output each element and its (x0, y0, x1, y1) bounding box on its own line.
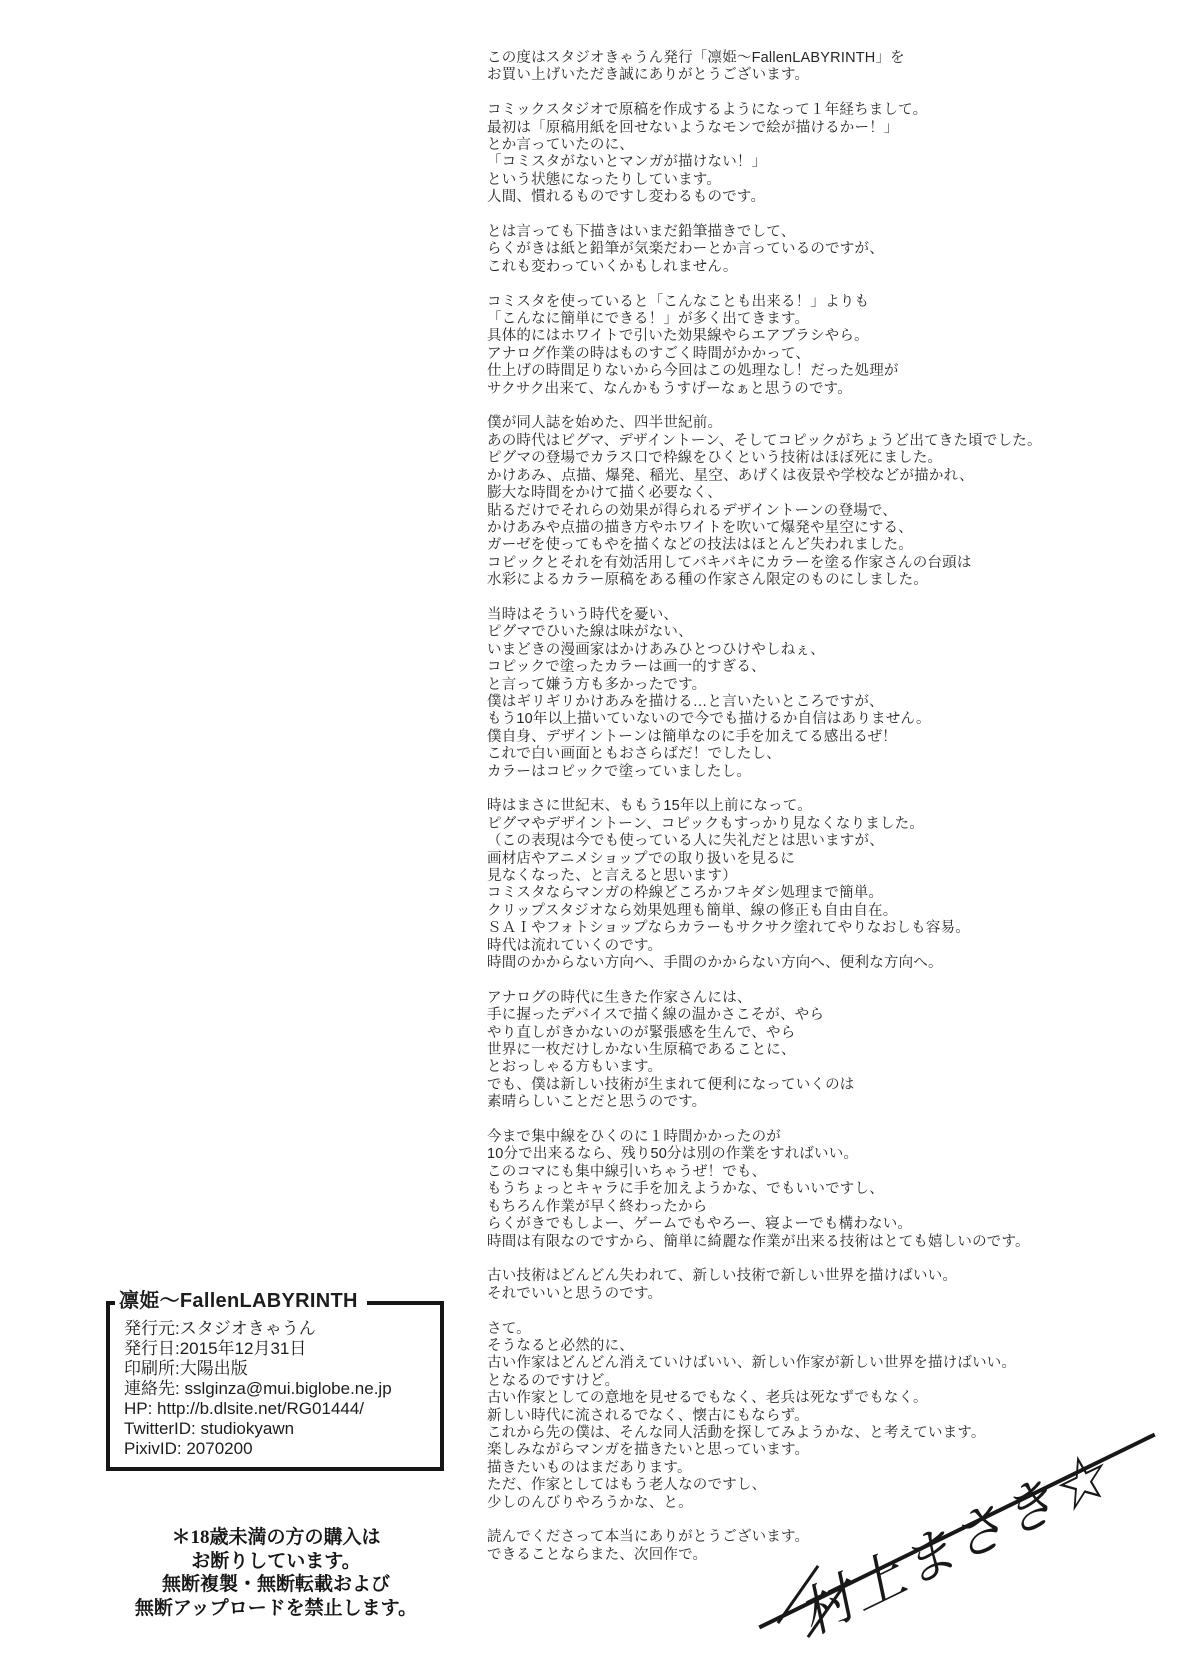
colophon-box: 凛姫～FallenLABYRINTH 発行元:スタジオきゃうん 発行日:2015… (106, 1301, 444, 1471)
age-restriction-notice: ＊18歳未満の方の購入は お断りしています。 無断複製・無断転載および 無断アッ… (90, 1526, 462, 1620)
colophon-homepage-url: HP: http://b.dlsite.net/RG01444/ (124, 1399, 432, 1419)
colophon-book-title: 凛姫～FallenLABYRINTH (115, 1291, 367, 1311)
colophon-printer: 印刷所:大陽出版 (124, 1359, 432, 1379)
author-signature: 村上まさき☆ (745, 1425, 1175, 1650)
afterword-paragraph: とは言っても下描きはいまだ鉛筆描きでして、 らくがきは紙と鉛筆が気楽だわーとか言… (487, 224, 1147, 276)
afterword-paragraph: コミックスタジオで原稿を作成するようになって１年経ちまして。 最初は「原稿用紙を… (487, 102, 1147, 206)
afterword-paragraph: 僕が同人誌を始めた、四半世紀前。 あの時代はピグマ、デザイントーン、そしてコピッ… (487, 415, 1147, 589)
afterword-text-column: この度はスタジオきゃうん発行「凛姫～FallenLABYRINTH」を お買い上… (487, 50, 1147, 1582)
colophon-contact-email: 連絡先: sslginza@mui.biglobe.ne.jp (124, 1379, 432, 1399)
afterword-paragraph: コミスタを使っていると「こんなことも出来る！」よりも 「こんなに簡単にできる！」… (487, 294, 1147, 398)
afterword-paragraph: アナログの時代に生きた作家さんには、 手に握ったデバイスで描く線の温かさこそが、… (487, 990, 1147, 1112)
signature-name: 村上まさき☆ (784, 1425, 1136, 1649)
afterword-paragraph: この度はスタジオきゃうん発行「凛姫～FallenLABYRINTH」を お買い上… (487, 50, 1147, 85)
afterword-paragraph: 今まで集中線をひくのに１時間かかったのが 10分で出来るなら、残り50分は別の作… (487, 1129, 1147, 1251)
colophon-publish-date: 発行日:2015年12月31日 (124, 1339, 432, 1359)
afterword-paragraph: 当時はそういう時代を憂い、 ピグマでひいた線は味がない、 いまどきの漫画家はかけ… (487, 607, 1147, 781)
afterword-paragraph: 時はまさに世紀末、ももう15年以上前になって。 ピグマやデザイントーン、コピック… (487, 798, 1147, 972)
colophon-twitter-id: TwitterID: studiokyawn (124, 1419, 432, 1439)
colophon-publisher: 発行元:スタジオきゃうん (124, 1319, 432, 1339)
afterword-page: この度はスタジオきゃうん発行「凛姫～FallenLABYRINTH」を お買い上… (0, 0, 1200, 1669)
colophon-pixiv-id: PixivID: 2070200 (124, 1439, 432, 1459)
afterword-paragraph: 古い技術はどんどん失われて、新しい技術で新しい世界を描けばいい。 それでいいと思… (487, 1268, 1147, 1303)
